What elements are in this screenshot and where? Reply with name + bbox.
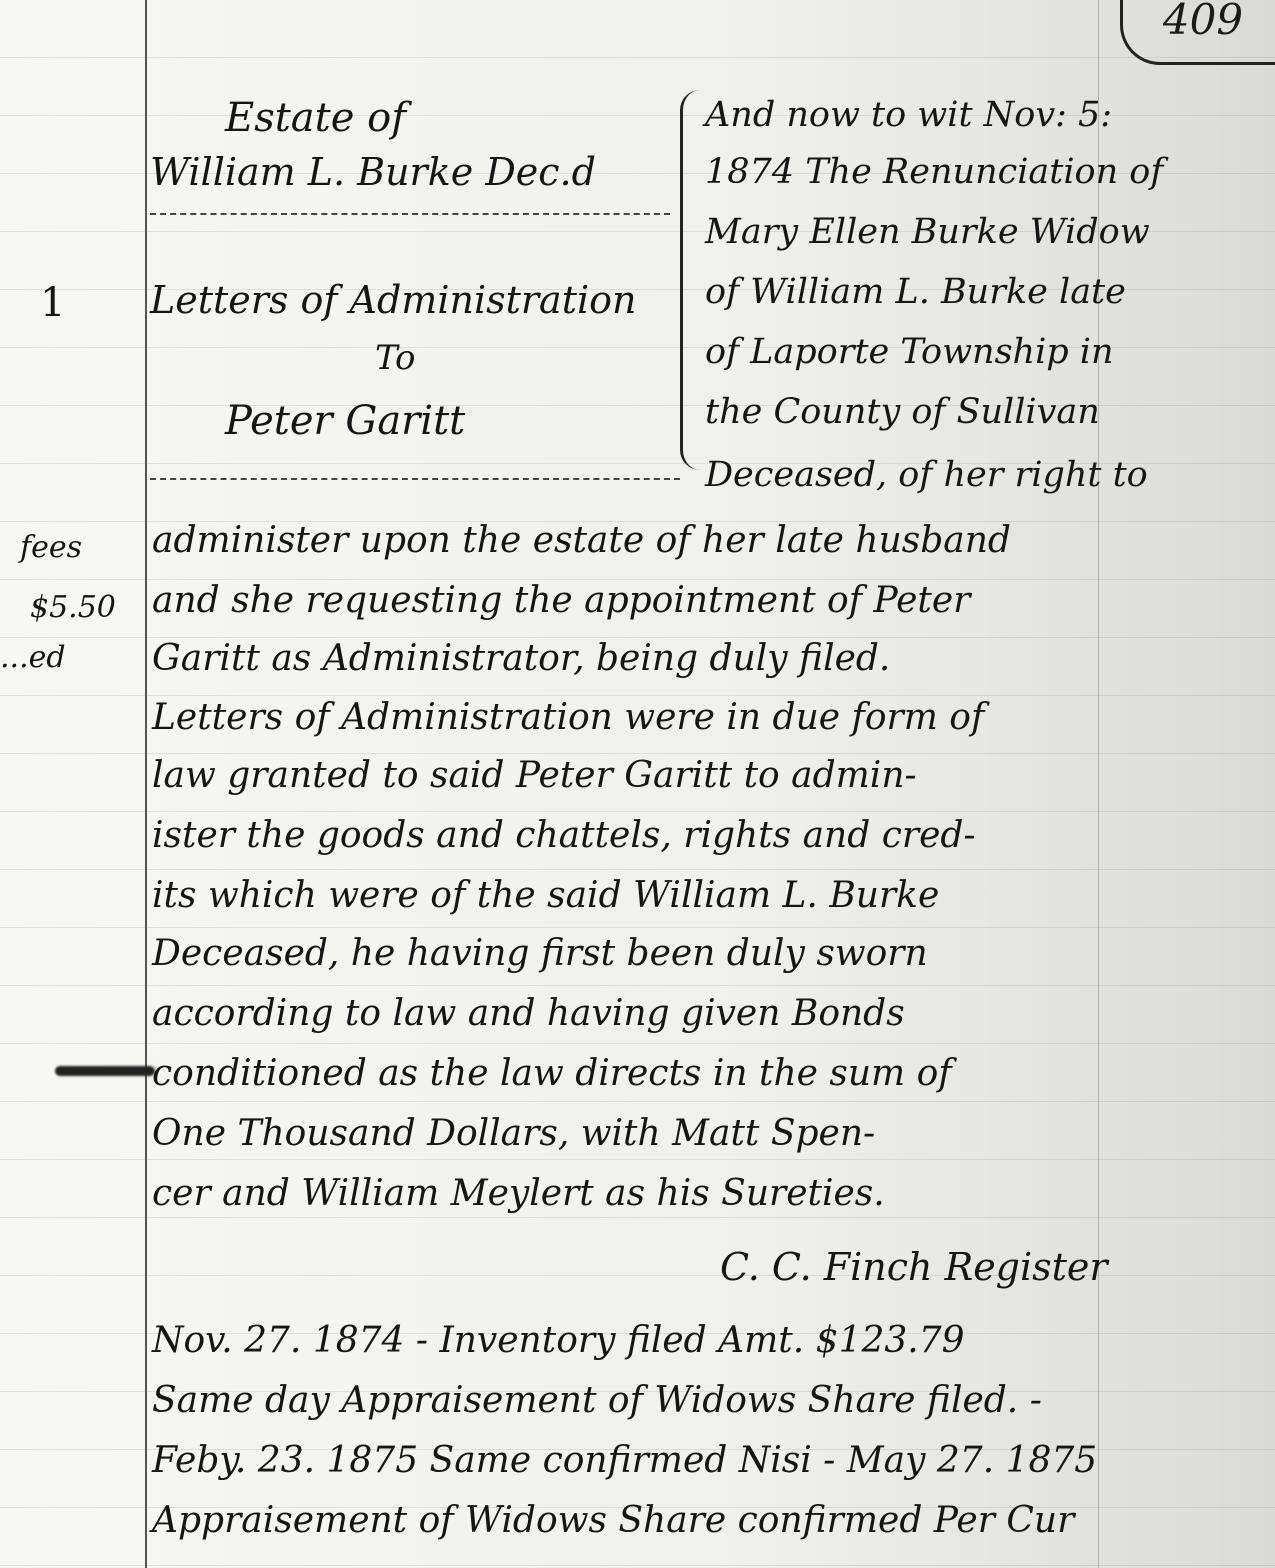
later-entry-line: Nov. 27. 1874 - Inventory filed Amt. $12…: [152, 1320, 965, 1361]
right-column-line: And now to wit Nov: 5:: [705, 95, 1112, 135]
right-column-line: Deceased, of her right to: [705, 455, 1148, 495]
heading-divider: [150, 213, 670, 215]
page-number: 409: [1120, 0, 1275, 65]
left-margin-rule: [145, 0, 147, 1568]
estate-heading-line1: Estate of: [225, 95, 406, 141]
entry-title-line2: To: [375, 338, 416, 378]
bracket: [680, 90, 707, 470]
body-line: ister the goods and chattels, rights and…: [152, 815, 976, 856]
body-line: and she requesting the appointment of Pe…: [152, 580, 970, 621]
body-line: One Thousand Dollars, with Matt Spen-: [152, 1113, 875, 1154]
right-column-line: Mary Ellen Burke Widow: [705, 212, 1150, 252]
entry-title-line3: Peter Garitt: [225, 398, 465, 444]
body-line: administer upon the estate of her late h…: [152, 520, 1011, 561]
body-line: law granted to said Peter Garitt to admi…: [152, 755, 917, 796]
body-line: conditioned as the law directs in the su…: [152, 1053, 952, 1094]
body-line: according to law and having given Bonds: [152, 993, 905, 1034]
body-line: cer and William Meylert as his Sureties.: [152, 1173, 885, 1214]
later-entry-line: Same day Appraisement of Widows Share fi…: [152, 1380, 1042, 1421]
margin-note-amount: $5.50: [30, 590, 116, 625]
margin-note-3: ...ed: [0, 640, 66, 675]
estate-heading-line2: William L. Burke Dec.d: [150, 150, 596, 194]
entry-divider: [150, 478, 680, 480]
ink-smear: [55, 1066, 155, 1076]
margin-note-fees: fees: [20, 530, 82, 565]
right-column-line: 1874 The Renunciation of: [705, 152, 1163, 192]
right-column-line: the County of Sullivan: [705, 392, 1100, 432]
entry-number: 1: [40, 280, 65, 326]
body-line: Letters of Administration were in due fo…: [152, 697, 984, 738]
right-column-line: of William L. Burke late: [705, 272, 1126, 312]
ledger-page: 409 Estate of William L. Burke Dec.d 1 L…: [0, 0, 1275, 1568]
body-line: its which were of the said William L. Bu…: [152, 875, 939, 916]
entry-title-line1: Letters of Administration: [150, 278, 636, 322]
right-column-line: of Laporte Township in: [705, 332, 1114, 372]
later-entry-line: Feby. 23. 1875 Same confirmed Nisi - May…: [152, 1440, 1097, 1481]
body-line: Garitt as Administrator, being duly file…: [152, 638, 890, 679]
later-entry-line: Appraisement of Widows Share confirmed P…: [152, 1500, 1074, 1541]
register-signature: C. C. Finch Register: [720, 1245, 1108, 1289]
body-line: Deceased, he having first been duly swor…: [152, 933, 928, 974]
